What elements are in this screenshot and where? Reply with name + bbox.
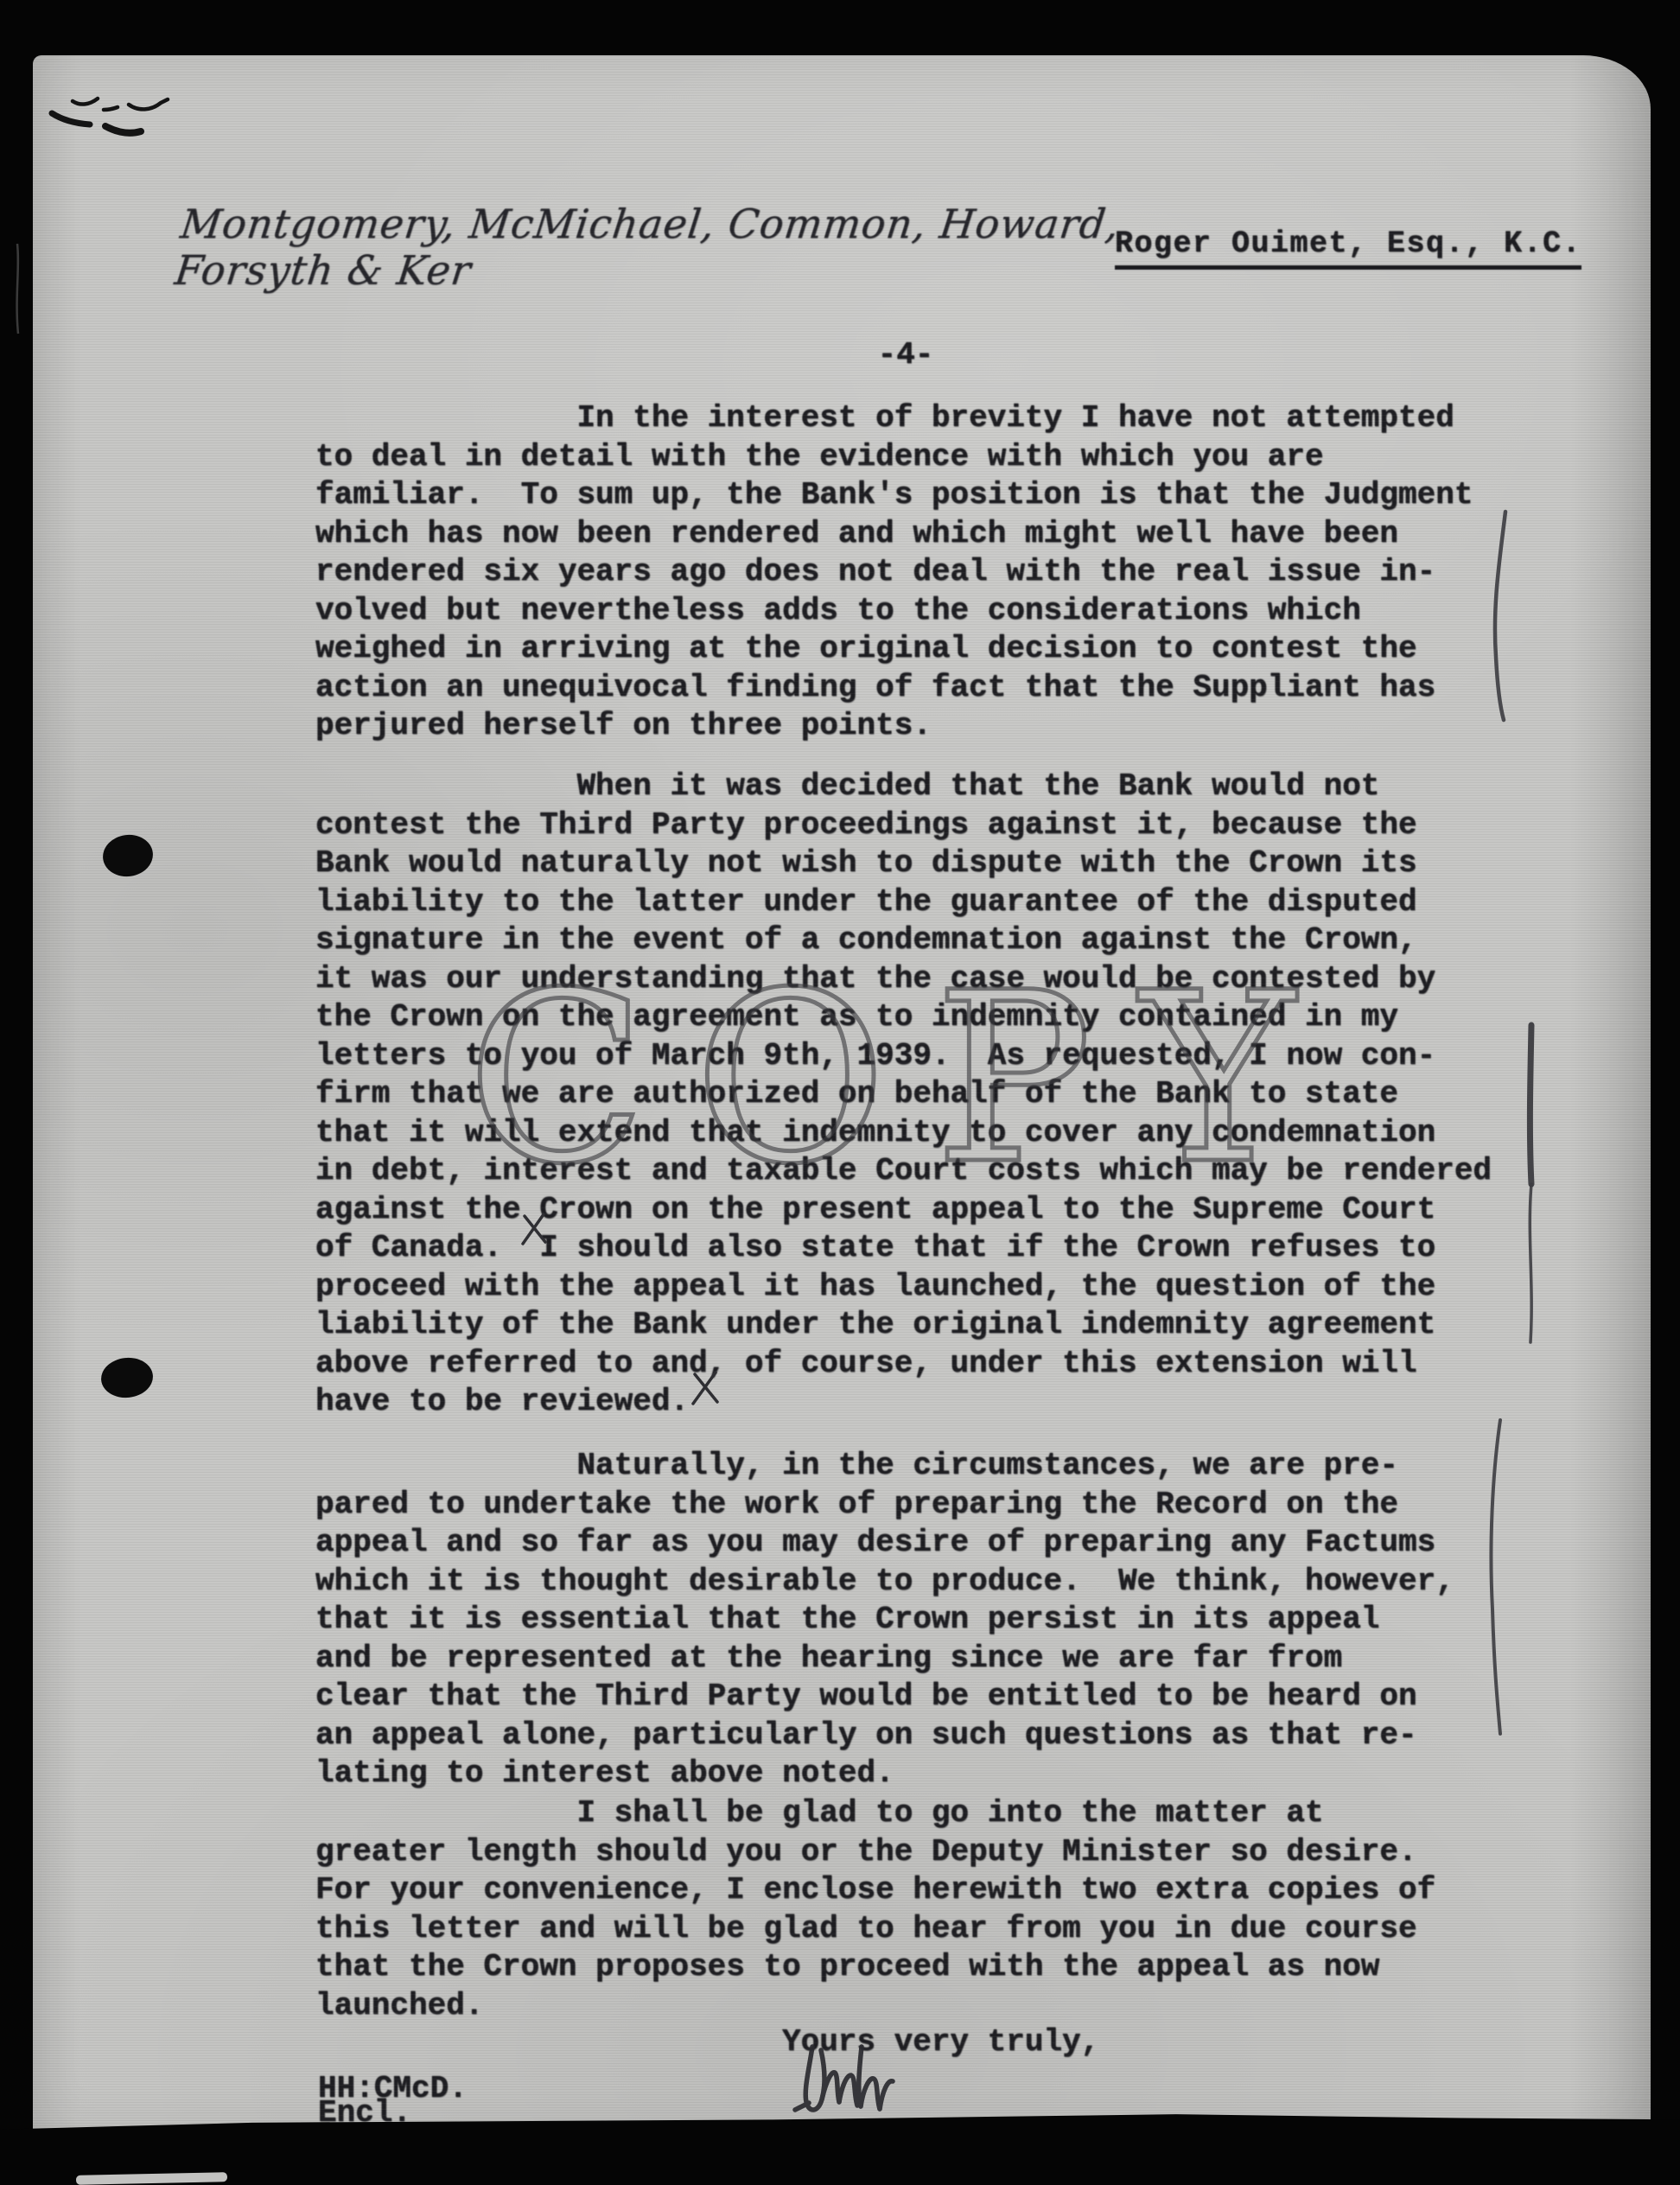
typewritten-line: When it was decided that the Bank would … <box>315 768 1492 806</box>
paragraph-3: Naturally, in the circumstances, we are … <box>315 1447 1454 1793</box>
typewritten-line: launched. <box>315 1987 1435 2026</box>
typewritten-line: that it will extend that indemnity to co… <box>315 1114 1492 1153</box>
scanned-letter-page: Montgomery, McMichael, Common, Howard, F… <box>0 0 1680 2185</box>
typewritten-line: an appeal alone, particularly on such qu… <box>315 1717 1454 1755</box>
typewritten-line: and be represented at the hearing since … <box>315 1640 1454 1679</box>
typewritten-line: volved but nevertheless adds to the cons… <box>315 592 1473 631</box>
paragraph-1: In the interest of brevity I have not at… <box>315 399 1473 746</box>
typewritten-line: Bank would naturally not wish to dispute… <box>315 844 1492 883</box>
typewritten-line: lating to interest above noted. <box>315 1755 1454 1793</box>
paragraph-2: When it was decided that the Bank would … <box>315 768 1492 1422</box>
typewritten-line: of Canada. I should also state that if t… <box>315 1229 1492 1268</box>
typewritten-line: to deal in detail with the evidence with… <box>315 438 1473 477</box>
typewritten-line: weighed in arriving at the original deci… <box>315 630 1473 669</box>
typewritten-line: In the interest of brevity I have not at… <box>315 399 1473 438</box>
typewritten-line: Naturally, in the circumstances, we are … <box>315 1447 1454 1486</box>
typewritten-line: perjured herself on three points. <box>315 707 1473 746</box>
typewritten-line: liability of the Bank under the original… <box>315 1306 1492 1345</box>
letter-paper: Montgomery, McMichael, Common, Howard, F… <box>33 55 1651 2134</box>
typewritten-line: that it is essential that the Crown pers… <box>315 1601 1454 1640</box>
typewritten-line: signature in the event of a condemnation… <box>315 921 1492 960</box>
typewritten-line: above referred to and, of course, under … <box>315 1345 1492 1384</box>
scan-border-scratch <box>17 244 18 334</box>
typewritten-line: pared to undertake the work of preparing… <box>315 1486 1454 1525</box>
typewritten-line: that the Crown proposes to proceed with … <box>315 1948 1435 1987</box>
typewritten-line: the Crown on the agreement as to indemni… <box>315 998 1492 1037</box>
typewritten-line: action an unequivocal finding of fact th… <box>315 669 1473 708</box>
typewritten-line: against the Crown on the present appeal … <box>315 1191 1492 1230</box>
typewritten-line: have to be reviewed. <box>315 1383 1492 1422</box>
typewritten-line: I shall be glad to go into the matter at <box>315 1794 1435 1833</box>
typewritten-line: which has now been rendered and which mi… <box>315 515 1473 554</box>
typewritten-line: rendered six years ago does not deal wit… <box>315 553 1473 592</box>
typewritten-line: in debt, interest and taxable Court cost… <box>315 1152 1492 1191</box>
recipient-name: Roger Ouimet, Esq., K.C. <box>1115 226 1581 270</box>
typewritten-line: firm that we are authorized on behalf of… <box>315 1075 1492 1114</box>
typewritten-line: appeal and so far as you may desire of p… <box>315 1524 1454 1563</box>
typewritten-line: clear that the Third Party would be enti… <box>315 1678 1454 1717</box>
typewritten-line: contest the Third Party proceedings agai… <box>315 806 1492 845</box>
page-number: -4- <box>858 337 953 373</box>
typewritten-line: For your convenience, I enclose herewith… <box>315 1871 1435 1910</box>
typewritten-line: greater length should you or the Deputy … <box>315 1833 1435 1872</box>
paragraph-4: I shall be glad to go into the matter at… <box>315 1794 1435 2025</box>
typewritten-line: it was our understanding that the case w… <box>315 960 1492 999</box>
typewritten-line: this letter and will be glad to hear fro… <box>315 1910 1435 1949</box>
typewritten-line: liability to the latter under the guaran… <box>315 883 1492 922</box>
typewritten-line: letters to you of March 9th, 1939. As re… <box>315 1037 1492 1076</box>
typewritten-line: familiar. To sum up, the Bank's position… <box>315 476 1473 515</box>
letterhead-firm-name: Montgomery, McMichael, Common, Howard, F… <box>172 201 1134 294</box>
typewritten-line: proceed with the appeal it has launched,… <box>315 1268 1492 1307</box>
typewritten-line: which it is thought desirable to produce… <box>315 1563 1454 1602</box>
closing-salutation: Yours very truly, <box>782 2024 1099 2060</box>
